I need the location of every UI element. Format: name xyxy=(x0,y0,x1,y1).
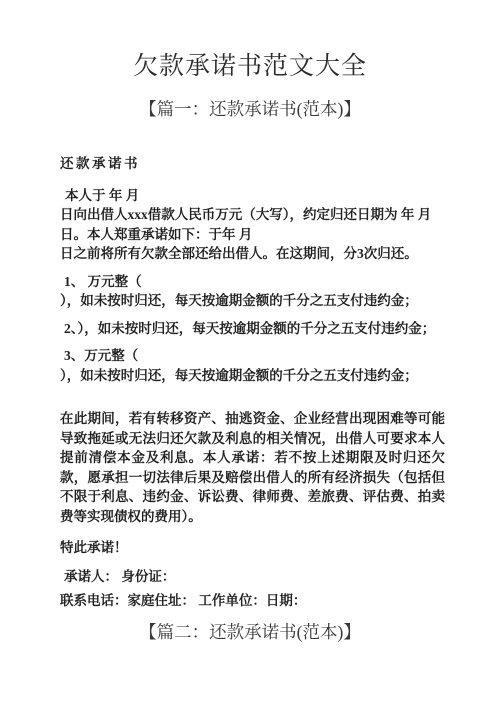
contact-line: 联系电话：家庭住址： 工作单位：日期： xyxy=(60,591,445,611)
letter-heading: 还款承诺书 xyxy=(60,154,445,174)
document-content: 还款承诺书 本人于 年 月 日向出借人xxx借款人民币万元（大写），约定归还日期… xyxy=(0,154,500,611)
document-page: 欠款承诺书范文大全 【篇一：还款承诺书(范本)】 还款承诺书 本人于 年 月 日… xyxy=(0,0,500,708)
repayment-item-2: 2、），如未按时归还，每天按逾期金额的千分之五支付违约金； xyxy=(60,319,445,339)
section-2-label: 【篇二：还款承诺书(范本)】 xyxy=(0,621,500,643)
signature-line: 承诺人： 身份证： xyxy=(60,567,445,587)
liability-paragraph: 在此期间，若有转移资产、抽逃资金、企业经营出现困难等可能导致拖延或无法归还欠款及… xyxy=(60,409,445,526)
intro-paragraph: 本人于 年 月 日向出借人xxx借款人民币万元（大写），约定归还日期为 年 月 … xyxy=(60,186,445,264)
page-title: 欠款承诺书范文大全 xyxy=(0,52,500,82)
closing-statement: 特此承诺！ xyxy=(60,538,445,558)
section-1-label: 【篇一：还款承诺书(范本)】 xyxy=(0,98,500,120)
repayment-item-1: 1、 万元整（ ），如未按时归还，每天按逾期金额的千分之五支付违约金； xyxy=(60,272,445,311)
repayment-item-3: 3、万元整（ ），如未按时归还，每天按逾期金额的千分之五支付违约金； xyxy=(60,346,445,385)
